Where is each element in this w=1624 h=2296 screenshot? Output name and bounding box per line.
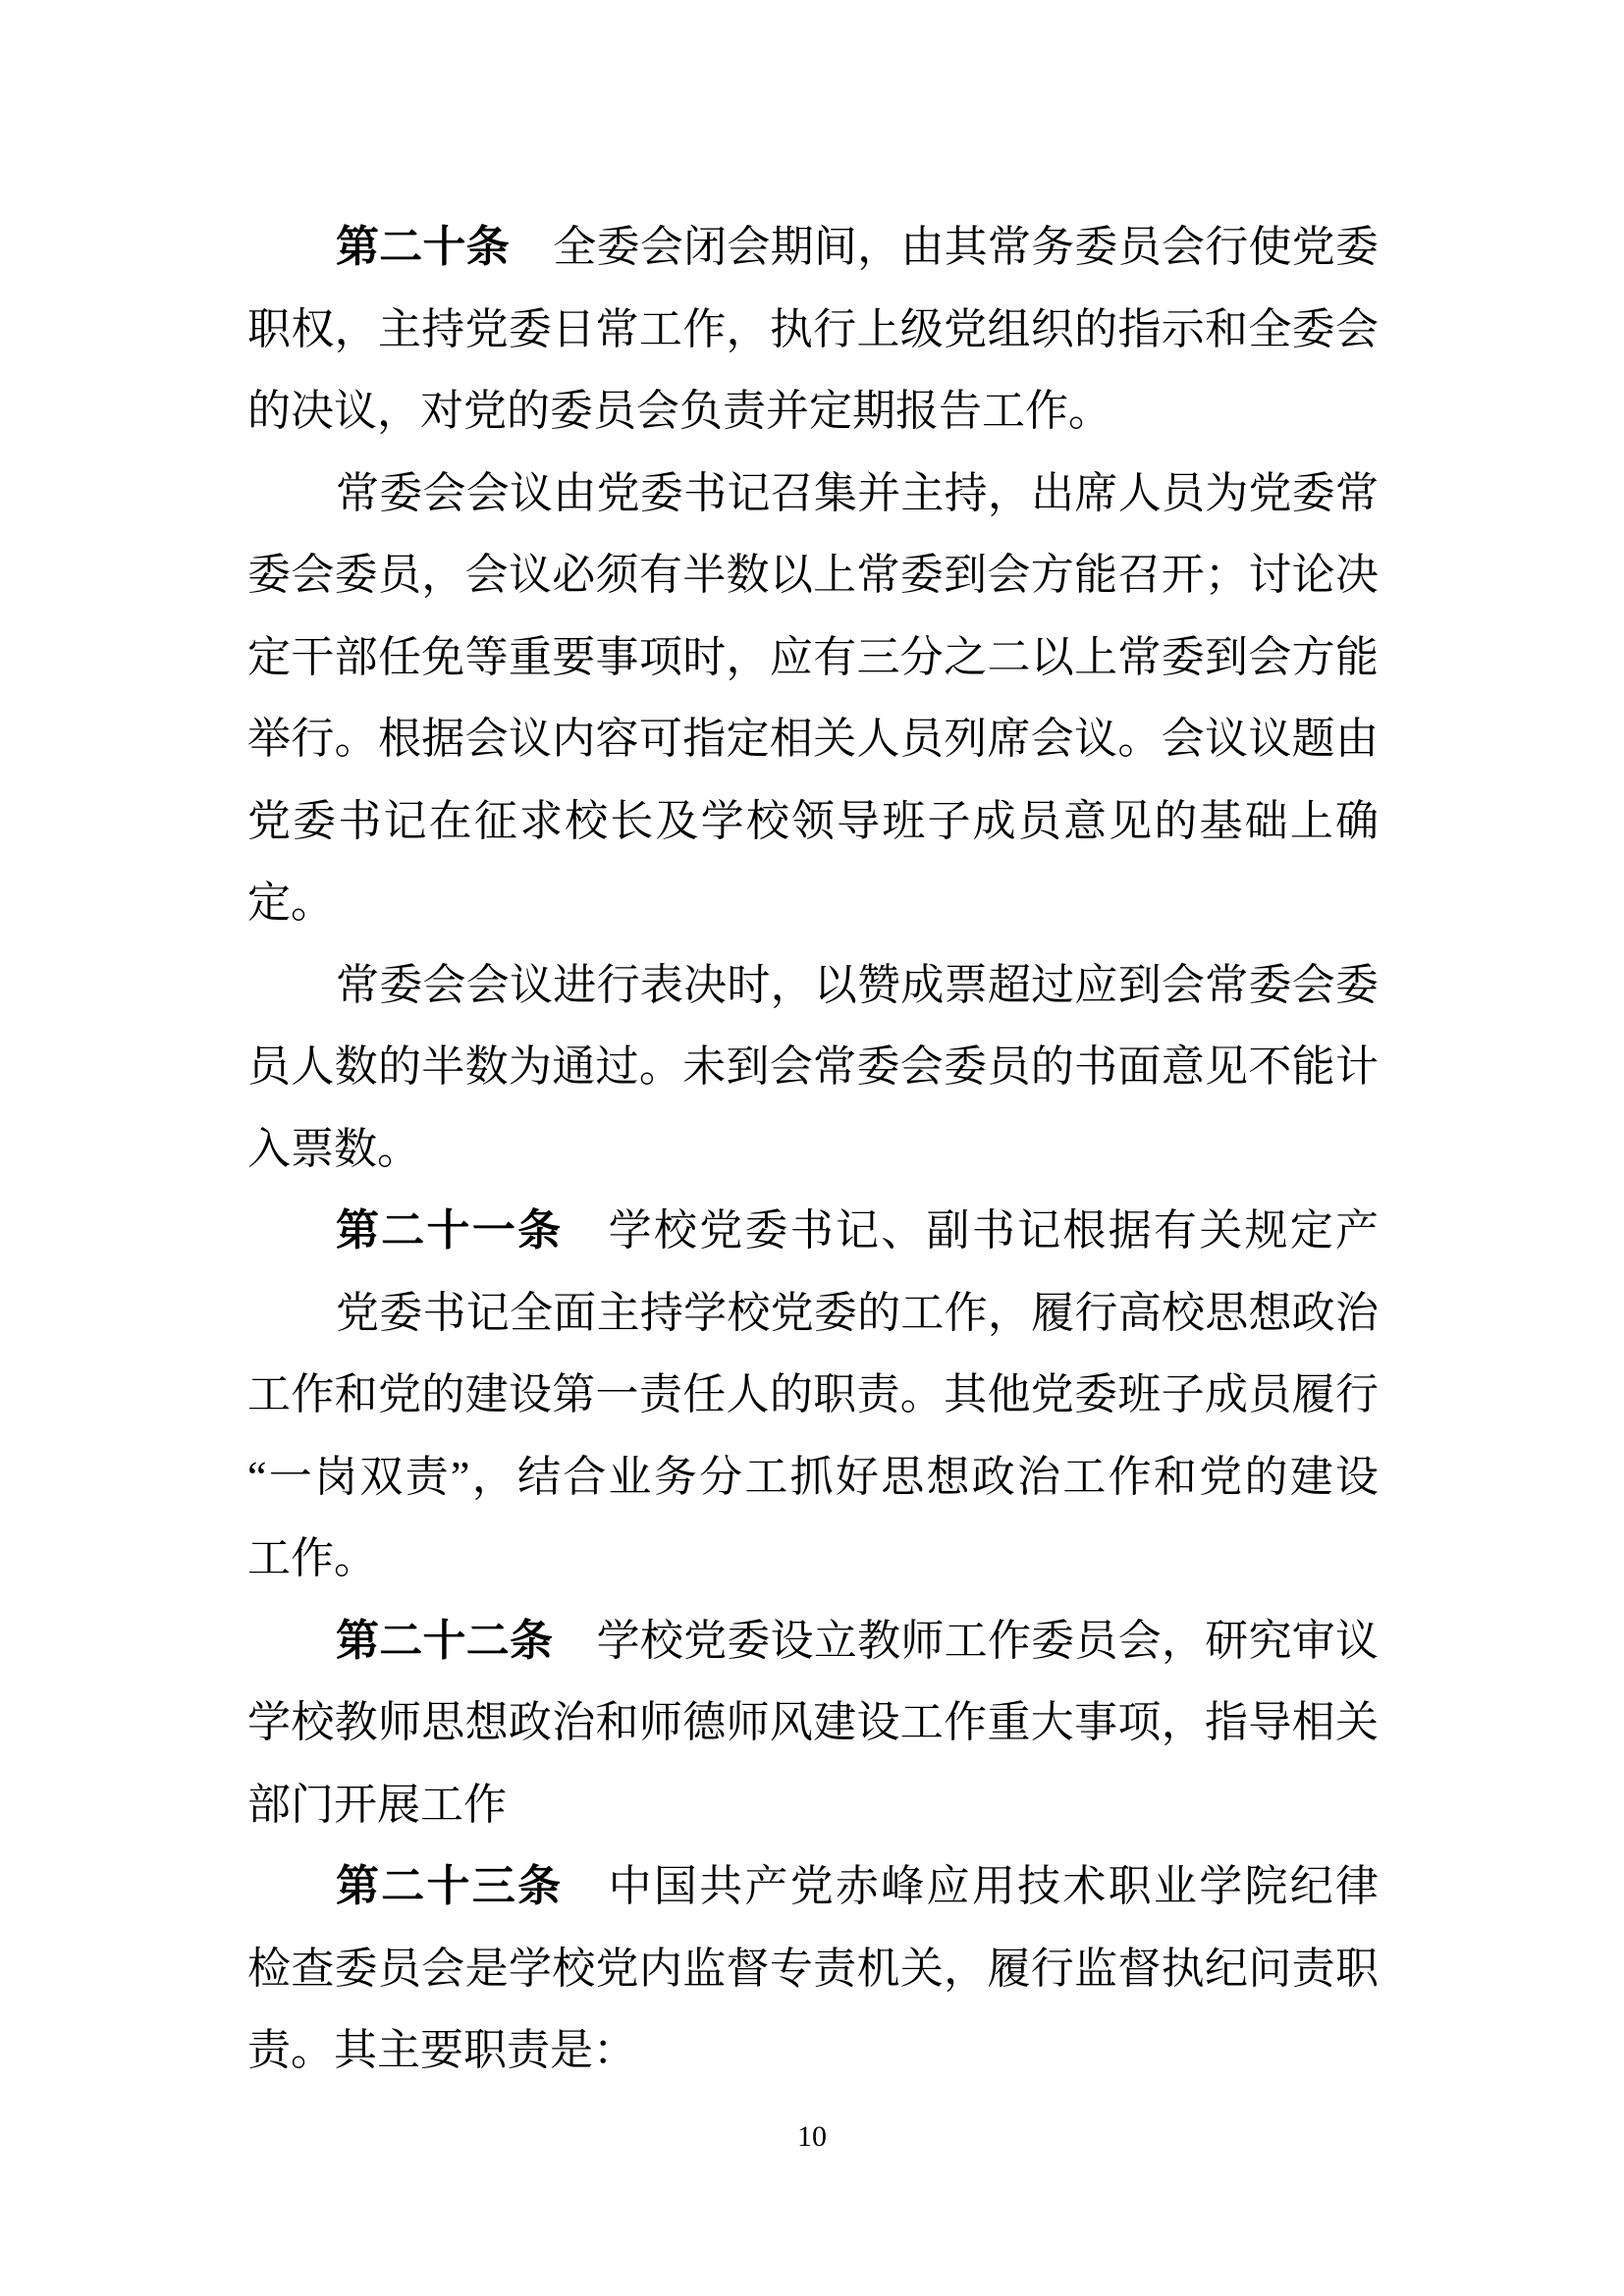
text-line: 党委书记在征求校长及学校领导班子成员意见的基础上确 [247,780,1379,863]
text-line: 部门开展工作 [247,1764,1379,1846]
body-text: 学校党委设立教师工作委员会，研究审议 [553,1617,1379,1665]
text-line: 第二十条 全委会闭会期间，由其常务委员会行使党委 [247,206,1379,289]
text-line: 工作和党的建设第一责任人的职责。其他党委班子成员履行 [247,1354,1379,1436]
article-heading: 第二十二条 [336,1617,553,1665]
text-line: 入票数。 [247,1108,1379,1191]
body-text: 入票数。 [247,1125,420,1173]
body-text: 员人数的半数为通过。未到会常委会委员的书面意见不能计 [247,1042,1379,1091]
text-line: 工作。 [247,1518,1379,1600]
body-text: 常委会会议由党委书记召集并主持，出席人员为党委常 [336,469,1379,517]
body-text: 定干部任免等重要事项时，应有三分之二以上常委到会方能 [247,633,1379,681]
page-number: 10 [0,2120,1624,2154]
body-text: 全委会闭会期间，由其常务委员会行使党委 [510,223,1379,271]
text-line: 责。其主要职责是： [247,2009,1379,2092]
text-line: 第二十三条 中国共产党赤峰应用技术职业学院纪律 [247,1845,1379,1928]
text-line: 定。 [247,862,1379,944]
body-text: 检查委员会是学校党内监督专责机关，履行监督执纪问责职 [247,1945,1379,1993]
body-text: “一岗双责”，结合业务分工抓好思想政治工作和党的建设 [247,1453,1379,1501]
text-line: “一岗双责”，结合业务分工抓好思想政治工作和党的建设 [247,1436,1379,1519]
text-line: 党委书记全面主持学校党委的工作，履行高校思想政治 [247,1272,1379,1355]
document-page: 第二十条 全委会闭会期间，由其常务委员会行使党委职权，主持党委日常工作，执行上级… [0,0,1624,2296]
text-line: 举行。根据会议内容可指定相关人员列席会议。会议议题由 [247,698,1379,780]
body-text: 的决议，对党的委员会负责并定期报告工作。 [247,387,1111,435]
body-text: 定。 [247,879,334,927]
text-line: 学校教师思想政治和师德师风建设工作重大事项，指导相关 [247,1682,1379,1764]
body-text: 责。其主要职责是： [247,2026,636,2074]
text-line: 第二十一条 学校党委书记、副书记根据有关规定产生。 [247,1190,1379,1272]
body-text: 举行。根据会议内容可指定相关人员列席会议。会议议题由 [247,715,1379,763]
body-text: 委会委员，会议必须有半数以上常委到会方能召开；讨论决 [247,551,1379,599]
document-body: 第二十条 全委会闭会期间，由其常务委员会行使党委职权，主持党委日常工作，执行上级… [247,206,1379,2092]
text-line: 定干部任免等重要事项时，应有三分之二以上常委到会方能 [247,616,1379,699]
body-text: 工作和党的建设第一责任人的职责。其他党委班子成员履行 [247,1370,1379,1418]
body-text: 部门开展工作 [247,1781,507,1829]
article-heading: 第二十三条 [336,1862,563,1910]
text-line: 第二十二条 学校党委设立教师工作委员会，研究审议 [247,1600,1379,1682]
body-text: 学校教师思想政治和师德师风建设工作重大事项，指导相关 [247,1698,1379,1746]
text-line: 检查委员会是学校党内监督专责机关，履行监督执纪问责职 [247,1928,1379,2010]
article-heading: 第二十条 [336,223,510,271]
text-line: 常委会会议进行表决时，以赞成票超过应到会常委会委 [247,944,1379,1027]
article-heading: 第二十一条 [336,1206,563,1255]
text-line: 委会委员，会议必须有半数以上常委到会方能召开；讨论决 [247,534,1379,616]
text-line: 的决议，对党的委员会负责并定期报告工作。 [247,370,1379,453]
body-text: 工作。 [247,1534,377,1582]
text-line: 职权，主持党委日常工作，执行上级党组织的指示和全委会 [247,289,1379,371]
body-text: 常委会会议进行表决时，以赞成票超过应到会常委会委 [336,961,1379,1009]
body-text: 中国共产党赤峰应用技术职业学院纪律 [563,1862,1379,1910]
body-text: 职权，主持党委日常工作，执行上级党组织的指示和全委会 [247,305,1379,353]
text-line: 常委会会议由党委书记召集并主持，出席人员为党委常 [247,453,1379,535]
body-text: 党委书记在征求校长及学校领导班子成员意见的基础上确 [247,797,1379,845]
text-line: 员人数的半数为通过。未到会常委会委员的书面意见不能计 [247,1026,1379,1108]
body-text: 党委书记全面主持学校党委的工作，履行高校思想政治 [336,1289,1379,1337]
